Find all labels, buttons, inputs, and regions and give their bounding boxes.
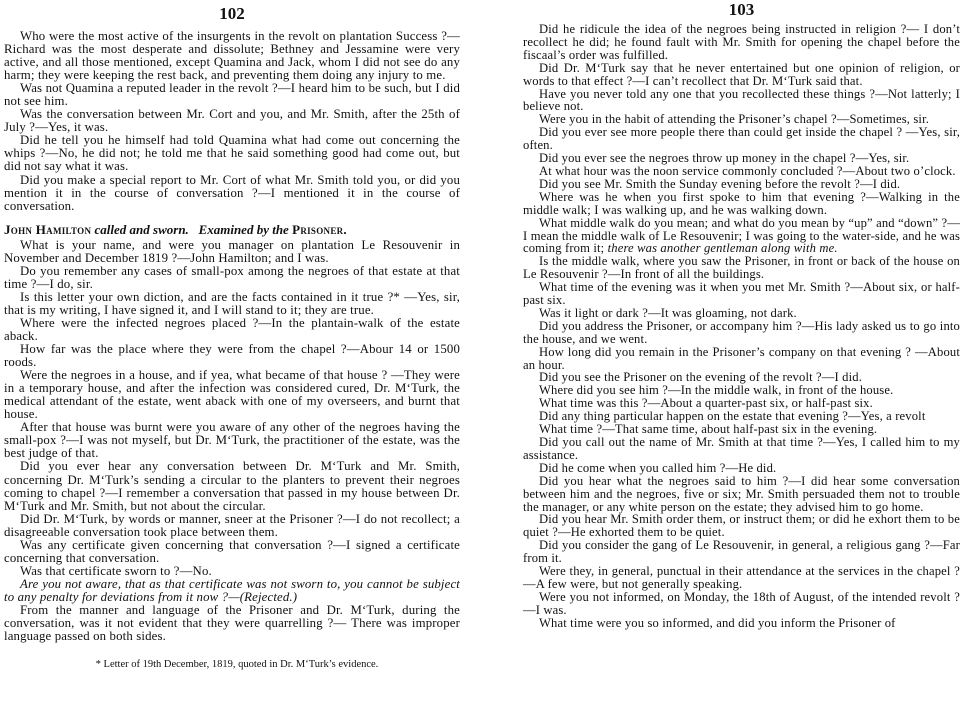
paragraph: Did he tell you he himself had told Quam… xyxy=(4,134,460,173)
heading-called: called and sworn. xyxy=(95,222,189,237)
paragraph: Where were the infected negroes placed ?… xyxy=(4,317,460,343)
paragraph: Was not Quamina a reputed leader in the … xyxy=(4,82,460,108)
paragraph: What time were you so informed, and did … xyxy=(523,617,960,630)
paragraph: Were they, in general, punctual in their… xyxy=(523,565,960,591)
paragraph: Did you see Mr. Smith the Sunday evening… xyxy=(523,178,960,191)
paragraph: Did he come when you called him ?—He did… xyxy=(523,462,960,475)
paragraph: Did you hear what the negroes said to hi… xyxy=(523,475,960,514)
footnote: * Letter of 19th December, 1819, quoted … xyxy=(4,659,460,670)
paragraph: From the manner and language of the Pris… xyxy=(4,604,460,643)
paragraph: Is this letter your own diction, and are… xyxy=(4,291,460,317)
page-number-left: 102 xyxy=(4,3,460,25)
middle-walk-italic: there was another gentleman along with m… xyxy=(608,241,838,255)
left-page: 102 Who were the most active of the insu… xyxy=(4,0,460,705)
paragraph: Did you hear Mr. Smith order them, or in… xyxy=(523,513,960,539)
paragraph: Did Dr. M‘Turk say that he never enterta… xyxy=(523,62,960,88)
paragraph: Did you call out the name of Mr. Smith a… xyxy=(523,436,960,462)
witness-name: John Hamilton xyxy=(4,222,91,237)
heading-examiner: Prisoner. xyxy=(292,222,347,237)
paragraph: Were the negroes in a house, and if yea,… xyxy=(4,369,460,421)
paragraph: What is your name, and were you manager … xyxy=(4,239,460,265)
paragraph: How far was the place where they were fr… xyxy=(4,343,460,369)
paragraph: Do you remember any cases of small-pox a… xyxy=(4,265,460,291)
heading-examined: Examined by the xyxy=(199,222,289,237)
paragraph: Did you make a special report to Mr. Cor… xyxy=(4,174,460,213)
right-page: 103 Did he ridicule the idea of the negr… xyxy=(523,0,960,705)
paragraph: Did you ever hear any conversation betwe… xyxy=(4,460,460,512)
paragraph: Were you not informed, on Monday, the 18… xyxy=(523,591,960,617)
paragraph: Is the middle walk, where you saw the Pr… xyxy=(523,255,960,281)
paragraph: Have you never told any one that you rec… xyxy=(523,88,960,114)
paragraph: After that house was burnt were you awar… xyxy=(4,421,460,460)
paragraph: Was it light or dark ?—It was gloaming, … xyxy=(523,307,960,320)
paragraph: What time of the evening was it when you… xyxy=(523,281,960,307)
paragraph: Did you address the Prisoner, or accompa… xyxy=(523,320,960,346)
paragraph: Was any certificate given concerning tha… xyxy=(4,539,460,565)
paragraph: How long did you remain in the Prisoner’… xyxy=(523,346,960,372)
page-number-right: 103 xyxy=(523,0,960,21)
rejected-question: Are you not aware, that as that certific… xyxy=(4,578,460,604)
paragraph: Did he ridicule the idea of the negroes … xyxy=(523,23,960,62)
paragraph: Who were the most active of the insurgen… xyxy=(4,30,460,82)
paragraph-middle-walk: What middle walk do you mean; and what d… xyxy=(523,217,960,256)
paragraph: Was that certificate sworn to ?—No. xyxy=(4,565,460,578)
paragraph: Was the conversation between Mr. Cort an… xyxy=(4,108,460,134)
paragraph: Did Dr. M‘Turk, by words or manner, snee… xyxy=(4,513,460,539)
paragraph: Did you consider the gang of Le Resouven… xyxy=(523,539,960,565)
paragraph: Did you ever see more people there than … xyxy=(523,126,960,152)
paragraph: Where was he when you first spoke to him… xyxy=(523,191,960,217)
paragraph: At what hour was the noon service common… xyxy=(523,165,960,178)
section-heading: John Hamilton called and sworn. Examined… xyxy=(4,222,460,237)
